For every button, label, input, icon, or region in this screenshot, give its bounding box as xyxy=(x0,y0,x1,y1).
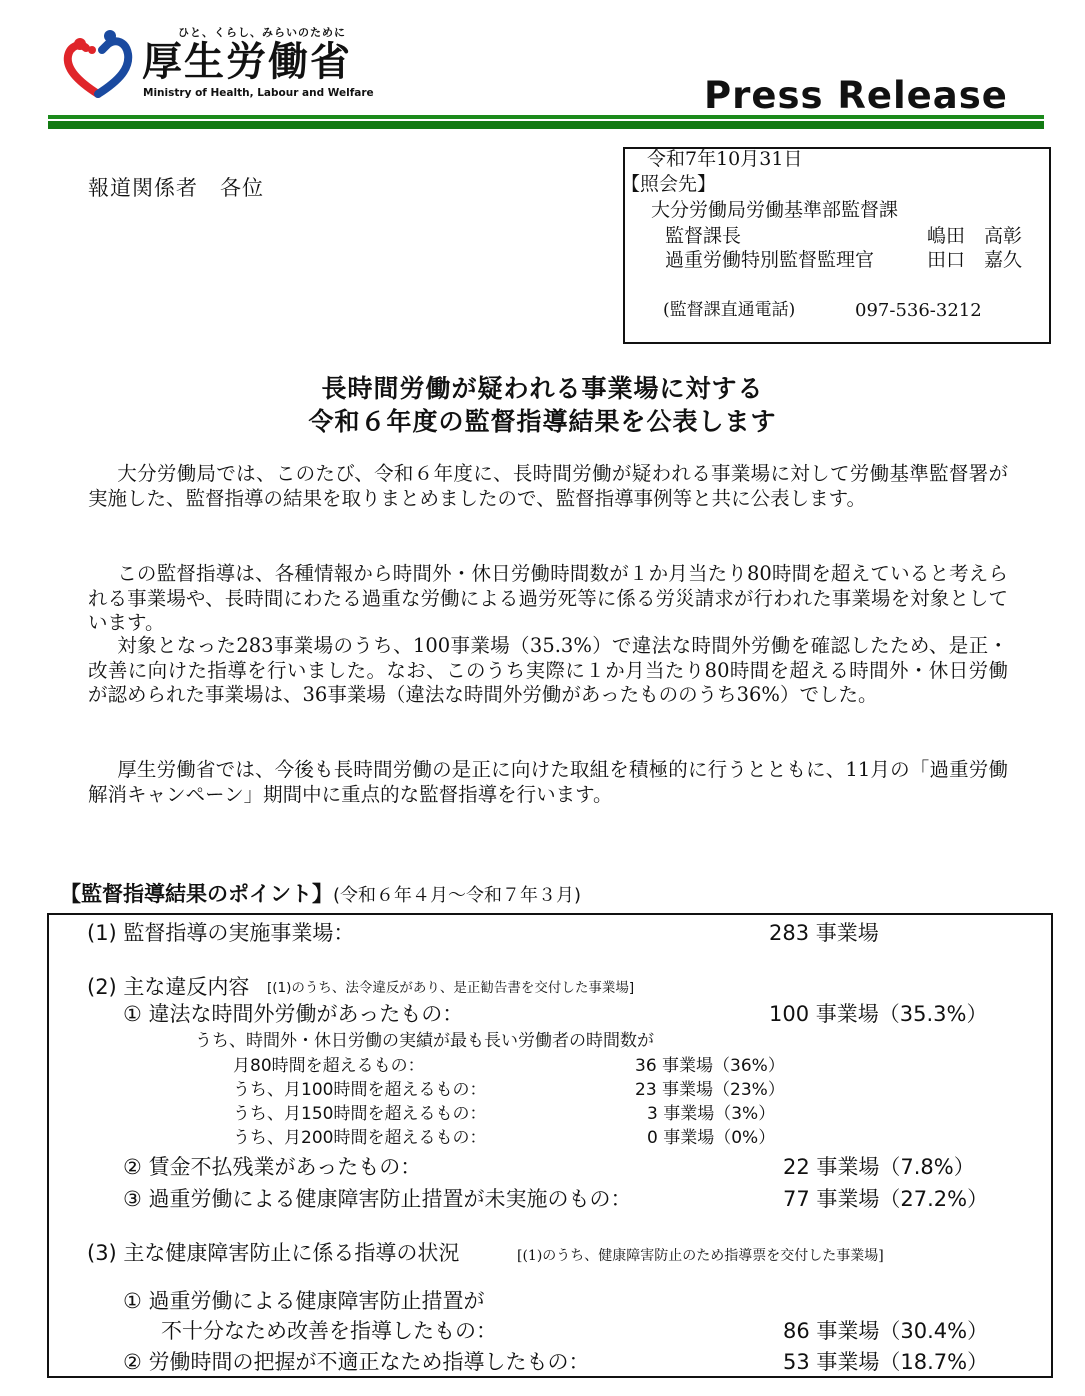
sub-label: 月80時間を超えるもの： xyxy=(233,1054,425,1078)
health-guidance-value: 86 事業場（30.4%） xyxy=(783,1317,988,1345)
section-1-value: 283 事業場 xyxy=(769,919,879,947)
sub-value: 0 事業場（0%） xyxy=(647,1126,775,1150)
title-line-2: 令和６年度の監督指導結果を公表します xyxy=(0,405,1085,438)
contact-box: 令和7年10月31日 【照会先】 大分労働局労働基準部監督課 監督課長 嶋田 高… xyxy=(623,147,1051,344)
header-rule-thin xyxy=(48,115,1044,119)
points-heading: 【監督指導結果のポイント】(令和６年４月～令和７年３月) xyxy=(60,880,581,910)
campaign-paragraph: 厚生労働省では、今後も長時間労働の是正に向けた取組を積極的に行うとともに、11月… xyxy=(88,758,1008,807)
section-3-label: (3) 主な健康障害防止に係る指導の状況 xyxy=(87,1239,459,1267)
points-heading-title: 【監督指導結果のポイント】 xyxy=(60,882,333,906)
scope-paragraph: この監督指導は、各種情報から時間外・休日労働時間数が１か月当たり80時間を超えて… xyxy=(88,562,1008,636)
sub-label: うち、月150時間を超えるもの： xyxy=(233,1102,486,1126)
health-guidance-label-2: 不十分なため改善を指導したもの： xyxy=(161,1317,497,1345)
sub-intro: うち、時間外・休日労働の実績が最も長い労働者の時間数が xyxy=(195,1029,654,1053)
contact-name: 嶋田 高彰 xyxy=(927,224,1022,249)
section-3-note: [(1)のうち、健康障害防止のため指導票を交付した事業場] xyxy=(517,1245,884,1265)
section-2-note: [(1)のうち、法令違反があり、是正勧告書を交付した事業場] xyxy=(267,978,634,998)
sub-value: 3 事業場（3%） xyxy=(647,1102,775,1126)
sub-label: うち、月200時間を超えるもの： xyxy=(233,1126,486,1150)
points-period: (令和６年４月～令和７年３月) xyxy=(333,885,581,906)
header-rule-thick xyxy=(48,121,1044,129)
intro-paragraph: 大分労働局では、このたび、令和６年度に、長時間労働が疑われる事業場に対して労働基… xyxy=(88,462,1008,511)
addressee: 報道関係者 各位 xyxy=(88,172,264,202)
contact-name: 田口 嘉久 xyxy=(927,248,1022,273)
health-measures-value: 77 事業場（27.2%） xyxy=(783,1185,988,1213)
contact-role: 過重労働特別監督監理官 xyxy=(665,248,874,273)
violation-value: 100 事業場（35.3%） xyxy=(769,1000,987,1028)
section-1-label: (1) 監督指導の実施事業場： xyxy=(87,919,354,947)
contact-bureau: 大分労働局労働基準部監督課 xyxy=(651,198,898,223)
points-box: (1) 監督指導の実施事業場： 283 事業場 (2) 主な違反内容 [(1)の… xyxy=(47,913,1053,1378)
ministry-name-en: Ministry of Health, Labour and Welfare xyxy=(143,87,374,99)
phone-number[interactable]: 097-536-3212 xyxy=(855,298,982,323)
sub-label: うち、月100時間を超えるもの： xyxy=(233,1078,486,1102)
contact-role: 監督課長 xyxy=(665,224,741,249)
worktime-guidance-value: 53 事業場（18.7%） xyxy=(783,1348,988,1376)
press-release-heading: Press Release xyxy=(704,74,1008,118)
health-guidance-label-1: ① 過重労働による健康障害防止措置が xyxy=(123,1287,485,1315)
unpaid-overtime-label: ② 賃金不払残業があったもの： xyxy=(123,1153,421,1181)
release-date: 令和7年10月31日 xyxy=(647,147,802,172)
ministry-name-jp: 厚生労働省 xyxy=(142,38,352,86)
title-line-1: 長時間労働が疑われる事業場に対する xyxy=(0,372,1085,405)
section-2-label: (2) 主な違反内容 xyxy=(87,973,249,1001)
page-title: 長時間労働が疑われる事業場に対する 令和６年度の監督指導結果を公表します xyxy=(0,372,1085,438)
contact-heading: 【照会先】 xyxy=(621,172,716,197)
sub-value: 23 事業場（23%） xyxy=(635,1078,785,1102)
worktime-guidance-label: ② 労働時間の把握が不適正なため指導したもの： xyxy=(123,1348,590,1376)
phone-label: (監督課直通電話) xyxy=(663,298,795,323)
unpaid-overtime-value: 22 事業場（7.8%） xyxy=(783,1153,975,1181)
sub-value: 36 事業場（36%） xyxy=(635,1054,785,1078)
results-paragraph: 対象となった283事業場のうち、100事業場（35.3%）で違法な時間外労働を確… xyxy=(88,634,1008,708)
violation-label: ① 違法な時間外労働があったもの： xyxy=(123,1000,463,1028)
health-measures-label: ③ 過重労働による健康障害防止措置が未実施のもの： xyxy=(123,1185,632,1213)
ministry-logo-icon xyxy=(62,28,134,100)
